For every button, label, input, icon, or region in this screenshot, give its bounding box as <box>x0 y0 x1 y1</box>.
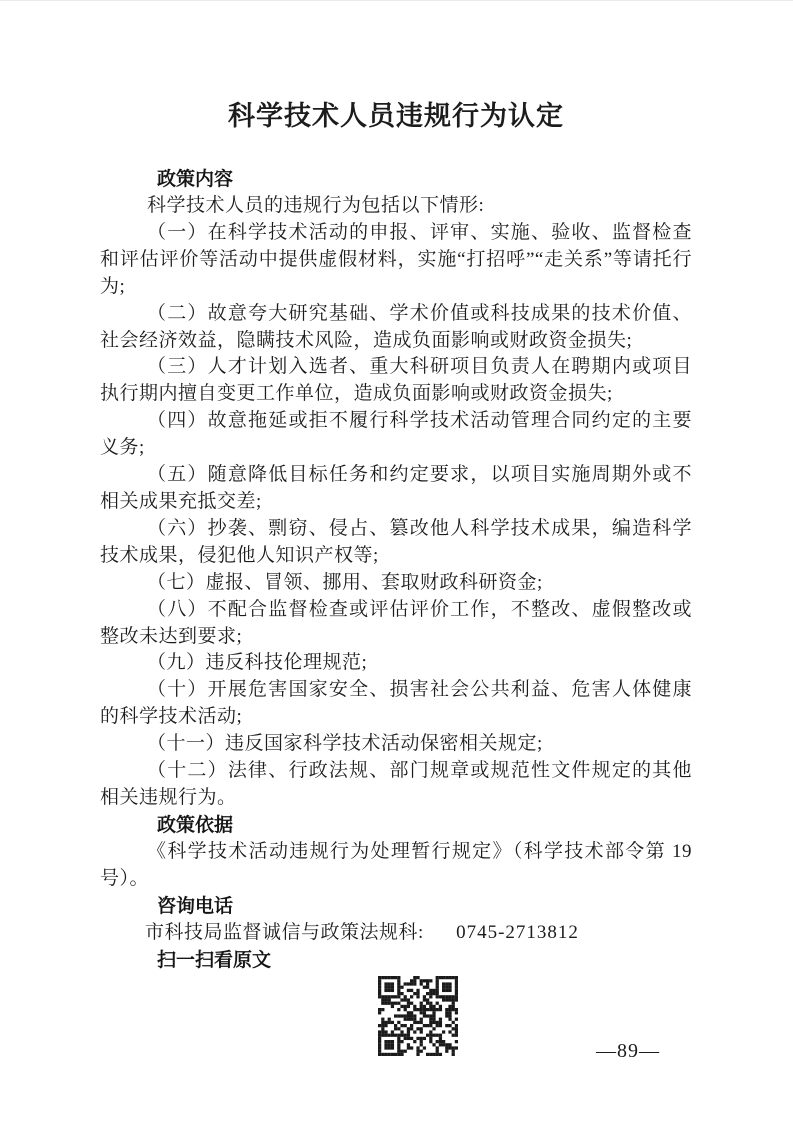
section-heading-policy-basis: 政策依据 <box>100 812 692 839</box>
paragraph-clause-12: （十二）法律、行政法规、部门规章或规范性文件规定的其他相关违规行为。 <box>100 758 692 812</box>
paragraph-clause-10: （十）开展危害国家安全、损害社会公共利益、危害人体健康的科学技术活动; <box>100 677 692 731</box>
paragraph-clause-9: （九）违反科技伦理规范; <box>100 650 692 677</box>
contact-phone-number: 0745-2713812 <box>456 922 579 943</box>
paragraph-clause-5: （五）随意降低目标任务和约定要求，以项目实施周期外或不相关成果充抵交差; <box>100 462 692 516</box>
section-heading-policy-content: 政策内容 <box>100 166 692 193</box>
paragraph-intro: 科学技术人员的违规行为包括以下情形: <box>100 193 692 220</box>
paragraph-clause-6: （六）抄袭、剽窃、侵占、篡改他人科学技术成果，编造科学技术成果，侵犯他人知识产权… <box>100 516 692 570</box>
qr-code-icon <box>378 976 458 1056</box>
paragraph-clause-7: （七）虚报、冒领、挪用、套取财政科研资金; <box>100 570 692 597</box>
document-body: 科学技术人员违规行为认定 政策内容 科学技术人员的违规行为包括以下情形: （一）… <box>100 0 692 1056</box>
paragraph-clause-8: （八）不配合监督检查或评估评价工作，不整改、虚假整改或整改未达到要求; <box>100 597 692 651</box>
paragraph-clause-11: （十一）违反国家科学技术活动保密相关规定; <box>100 731 692 758</box>
paragraph-clause-4: （四）故意拖延或拒不履行科学技术活动管理合同约定的主要义务; <box>100 408 692 462</box>
section-heading-scan-original: 扫一扫看原文 <box>100 947 692 974</box>
contact-line: 市科技局监督诚信与政策法规科:0745-2713812 <box>100 920 692 947</box>
paragraph-clause-3: （三）人才计划入选者、重大科研项目负责人在聘期内或项目执行期内擅自变更工作单位，… <box>100 354 692 408</box>
paragraph-clause-1: （一）在科学技术活动的申报、评审、实施、验收、监督检查和评估评价等活动中提供虚假… <box>100 220 692 301</box>
page-title: 科学技术人员违规行为认定 <box>100 99 692 133</box>
contact-department-label: 市科技局监督诚信与政策法规科: <box>145 922 424 943</box>
page-number: —89— <box>596 1040 660 1063</box>
paragraph-clause-2: （二）故意夸大研究基础、学术价值或科技成果的技术价值、社会经济效益，隐瞒技术风险… <box>100 301 692 355</box>
paragraph-policy-basis: 《科学技术活动违规行为处理暂行规定》（科学技术部令第 19 号）。 <box>100 839 692 893</box>
section-heading-contact-phone: 咨询电话 <box>100 893 692 920</box>
document-page: { "title": "科学技术人员违规行为认定", "sections": [… <box>0 0 793 1122</box>
